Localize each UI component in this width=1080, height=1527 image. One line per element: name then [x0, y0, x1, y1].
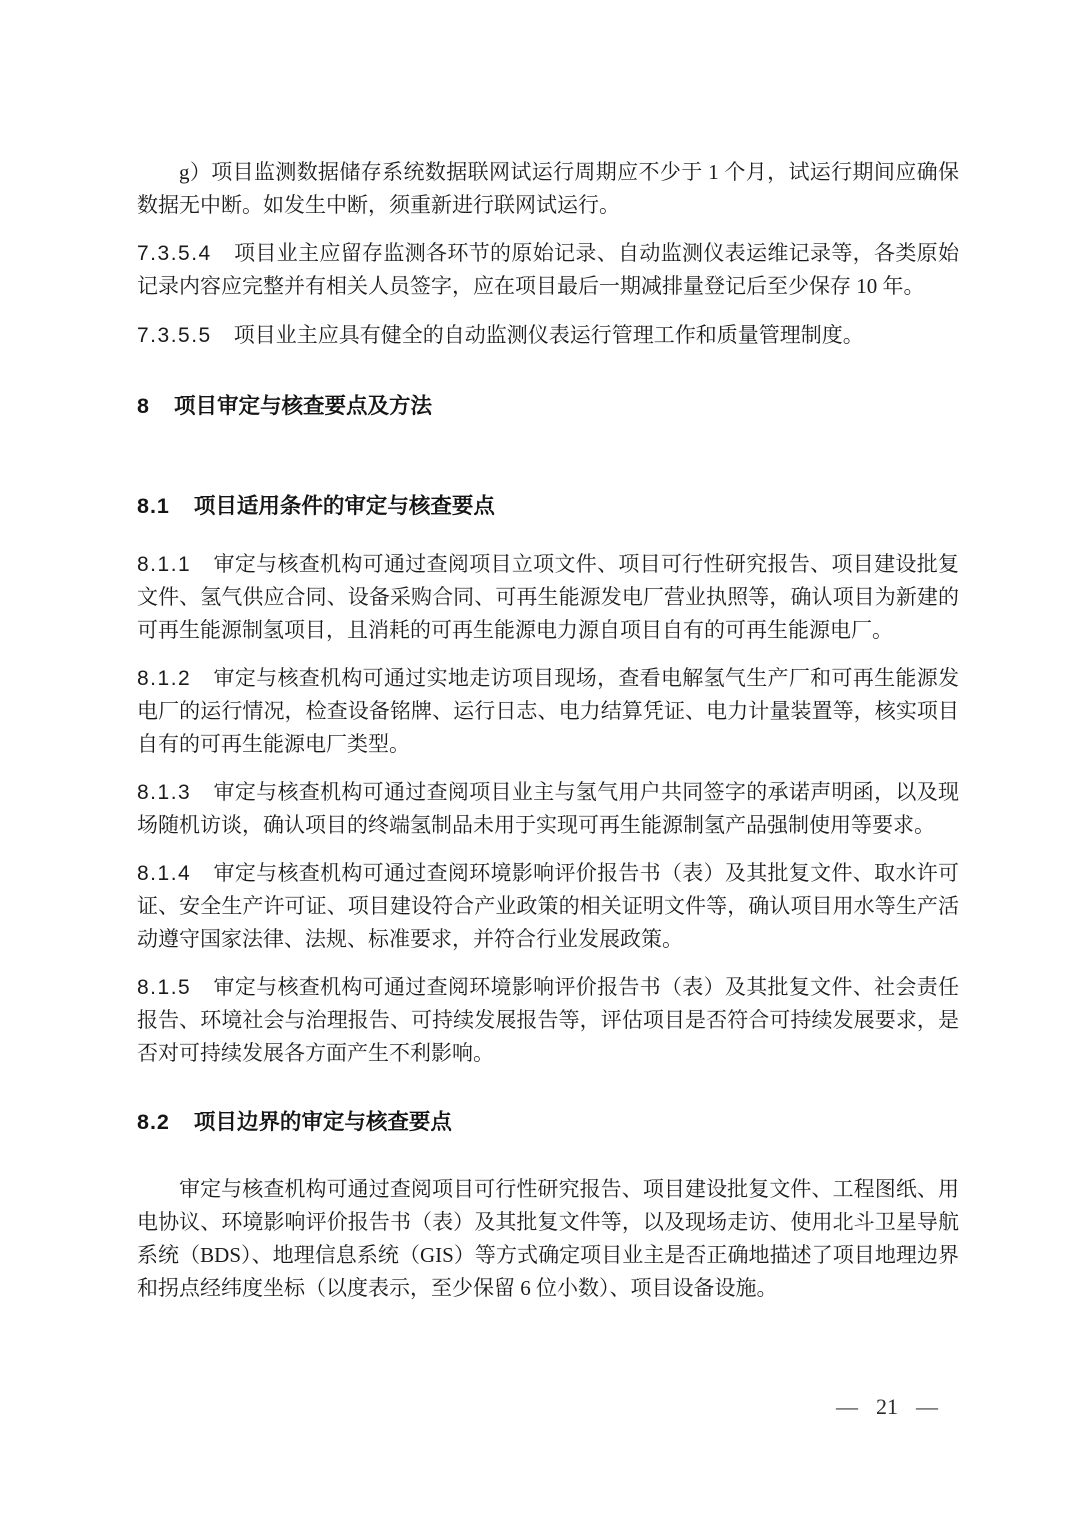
clause-number: 8.1.4 — [137, 862, 191, 885]
clause-8-1-3: 8.1.3审定与核查机构可通过查阅项目业主与氢气用户共同签字的承诺声明函，以及现… — [137, 776, 959, 842]
clause-number: 8.1.3 — [137, 781, 191, 804]
clause-text: 项目业主应具有健全的自动监测仪表运行管理工作和质量管理制度。 — [234, 323, 864, 347]
clause-number: 8.1.1 — [137, 553, 191, 576]
content-area: g）项目监测数据储存系统数据联网试运行周期应不少于 1 个月，试运行期间应确保数… — [137, 156, 959, 1305]
clause-text: 审定与核查机构可通过查阅项目业主与氢气用户共同签字的承诺声明函，以及现场随机访谈… — [137, 780, 959, 837]
subsection-heading-8-1: 8.1项目适用条件的审定与核查要点 — [137, 490, 959, 523]
clause-8-1-2: 8.1.2审定与核查机构可通过实地走访项目现场，查看电解氢气生产厂和可再生能源发… — [137, 662, 959, 761]
subsection-title: 项目边界的审定与核查要点 — [194, 1110, 452, 1134]
clause-8-1-4: 8.1.4审定与核查机构可通过查阅环境影响评价报告书（表）及其批复文件、取水许可… — [137, 857, 959, 956]
clause-8-1-5: 8.1.5审定与核查机构可通过查阅环境影响评价报告书（表）及其批复文件、社会责任… — [137, 971, 959, 1070]
footer-dash-left: — — [836, 1396, 858, 1418]
clause-7-3-5-5: 7.3.5.5项目业主应具有健全的自动监测仪表运行管理工作和质量管理制度。 — [137, 319, 959, 352]
clause-7-3-5-4: 7.3.5.4项目业主应留存监测各环节的原始记录、自动监测仪表运维记录等，各类原… — [137, 237, 959, 303]
clause-number: 8.1.2 — [137, 667, 191, 690]
clause-text: 审定与核查机构可通过查阅环境影响评价报告书（表）及其批复文件、取水许可证、安全生… — [137, 861, 959, 951]
clause-text: 审定与核查机构可通过查阅项目立项文件、项目可行性研究报告、项目建设批复文件、氢气… — [137, 552, 959, 642]
page-footer: — 21 — — [836, 1396, 938, 1418]
clause-number: 7.3.5.4 — [137, 242, 212, 265]
section-number: 8 — [137, 394, 150, 418]
para-8-2-body: 审定与核查机构可通过查阅项目可行性研究报告、项目建设批复文件、工程图纸、用电协议… — [137, 1173, 959, 1305]
section-title: 项目审定与核查要点及方法 — [174, 394, 432, 418]
clause-number: 8.1.5 — [137, 976, 191, 999]
clause-text: 项目业主应留存监测各环节的原始记录、自动监测仪表运维记录等，各类原始记录内容应完… — [137, 241, 959, 298]
clause-8-1-1: 8.1.1审定与核查机构可通过查阅项目立项文件、项目可行性研究报告、项目建设批复… — [137, 548, 959, 647]
footer-dash-right: — — [916, 1396, 938, 1418]
subsection-heading-8-2: 8.2项目边界的审定与核查要点 — [137, 1106, 959, 1139]
clause-text: 审定与核查机构可通过查阅环境影响评价报告书（表）及其批复文件、社会责任报告、环境… — [137, 975, 959, 1065]
subsection-number: 8.2 — [137, 1110, 170, 1134]
subsection-title: 项目适用条件的审定与核查要点 — [194, 494, 495, 518]
section-heading-8: 8项目审定与核查要点及方法 — [137, 390, 959, 423]
clause-text: 审定与核查机构可通过实地走访项目现场，查看电解氢气生产厂和可再生能源发电厂的运行… — [137, 666, 959, 756]
subsection-number: 8.1 — [137, 494, 170, 518]
document-page: g）项目监测数据储存系统数据联网试运行周期应不少于 1 个月，试运行期间应确保数… — [0, 0, 1080, 1527]
para-item-g: g）项目监测数据储存系统数据联网试运行周期应不少于 1 个月，试运行期间应确保数… — [137, 156, 959, 222]
page-number: 21 — [876, 1396, 898, 1418]
clause-number: 7.3.5.5 — [137, 324, 212, 347]
